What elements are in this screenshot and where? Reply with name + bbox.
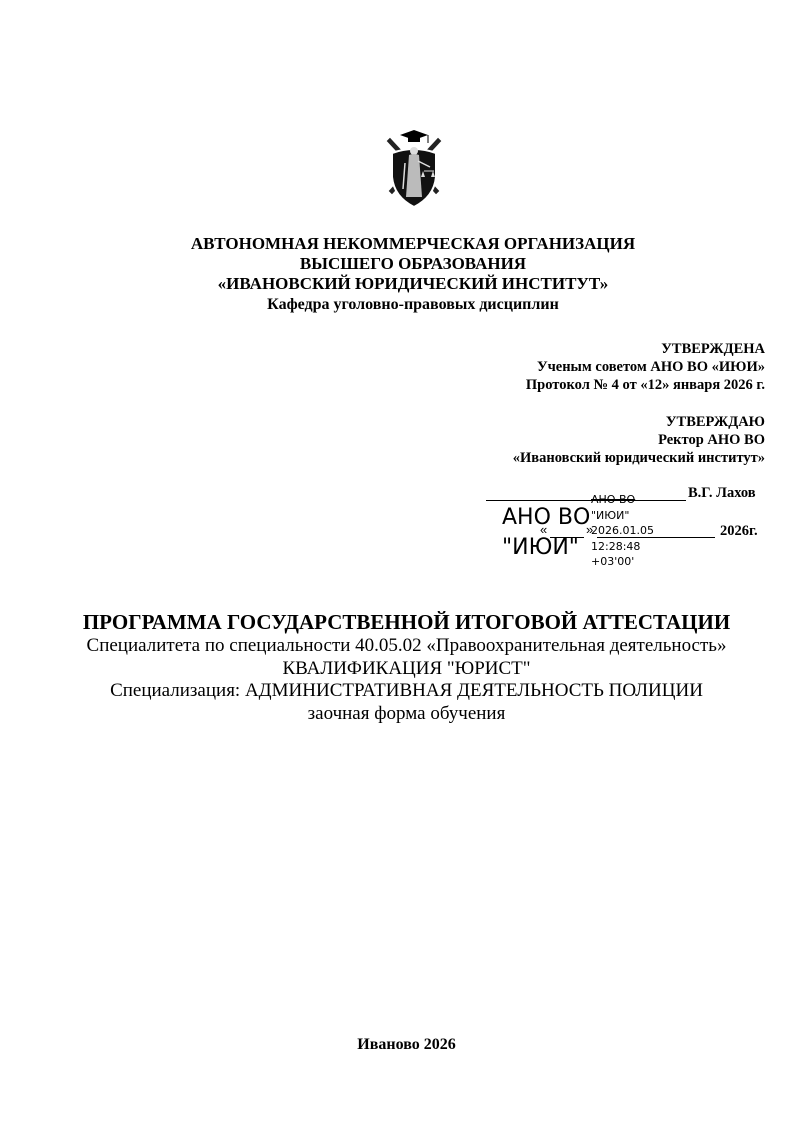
approved-protocol: Протокол № 4 от «12» января 2026 г. [526, 376, 765, 394]
approve-org: «Ивановский юридический институт» [513, 449, 765, 467]
date-year: 2026г. [720, 523, 758, 540]
stamp-small-line-2: "ИЮИ" [591, 508, 654, 524]
program-qualification: КВАЛИФИКАЦИЯ "ЮРИСТ" [0, 658, 793, 681]
signature-line [486, 486, 686, 501]
stamp-timezone: +03'00' [591, 554, 654, 570]
approve-position: Ректор АНО ВО [513, 431, 765, 449]
stamp-small-line-1: АНО ВО [591, 492, 654, 508]
approved-title: УТВЕРЖДЕНА [526, 340, 765, 358]
signatory-name: В.Г. Лахов [688, 485, 756, 502]
program-specialization: Специализация: АДМИНИСТРАТИВНАЯ ДЕЯТЕЛЬН… [0, 680, 793, 703]
stamp-time: 12:28:48 [591, 539, 654, 555]
organization-header: АВТОНОМНАЯ НЕКОММЕРЧЕСКАЯ ОРГАНИЗАЦИЯ ВЫ… [0, 234, 793, 316]
department-name: Кафедра уголовно-правовых дисциплин [0, 294, 793, 316]
approve-title: УТВЕРЖДАЮ [513, 413, 765, 431]
shield-emblem-icon [378, 127, 450, 213]
org-line-1: АВТОНОМНАЯ НЕКОММЕРЧЕСКАЯ ОРГАНИЗАЦИЯ [0, 234, 793, 254]
digital-signature-stamp-details: АНО ВО "ИЮИ" 2026.01.05 12:28:48 +03'00' [591, 492, 654, 570]
digital-signature-stamp-large: АНО ВО "ИЮИ" [502, 503, 590, 563]
stamp-large-line-2: "ИЮИ" [502, 533, 590, 563]
program-study-form: заочная форма обучения [0, 703, 793, 726]
program-specialty: Специалитета по специальности 40.05.02 «… [0, 635, 793, 658]
approved-block: УТВЕРЖДЕНА Ученым советом АНО ВО «ИЮИ» П… [526, 340, 765, 394]
program-title: ПРОГРАММА ГОСУДАРСТВЕННОЙ ИТОГОВОЙ АТТЕС… [0, 609, 793, 635]
org-line-2: ВЫСШЕГО ОБРАЗОВАНИЯ [0, 254, 793, 274]
stamp-large-line-1: АНО ВО [502, 503, 590, 533]
footer-city-year: Иваново 2026 [0, 1036, 793, 1054]
program-title-block: ПРОГРАММА ГОСУДАРСТВЕННОЙ ИТОГОВОЙ АТТЕС… [0, 609, 793, 725]
org-line-3: «ИВАНОВСКИЙ ЮРИДИЧЕСКИЙ ИНСТИТУТ» [0, 274, 793, 294]
stamp-date: 2026.01.05 [591, 523, 654, 539]
approve-block: УТВЕРЖДАЮ Ректор АНО ВО «Ивановский юрид… [513, 413, 765, 467]
approved-by: Ученым советом АНО ВО «ИЮИ» [526, 358, 765, 376]
